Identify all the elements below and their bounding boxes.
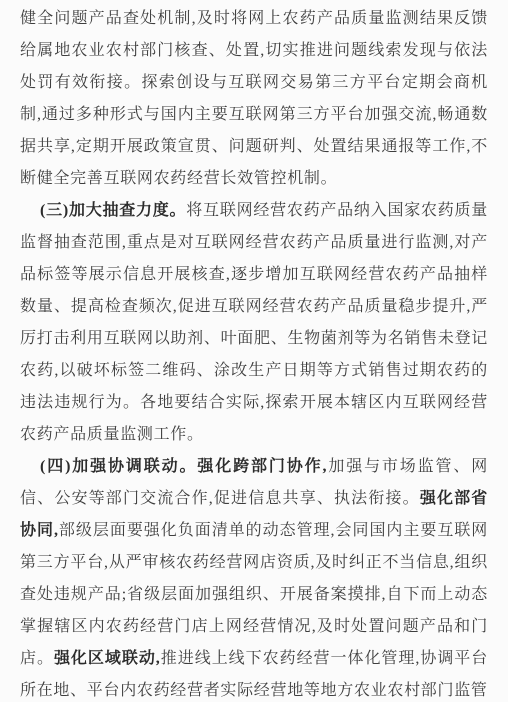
text-run: 健全问题产品查处机制,及时将网上农药产品质量监测结果反馈给属地农业农村部门核查、… [20,10,488,187]
document-page: 健全问题产品查处机制,及时将网上农药产品质量监测结果反馈给属地农业农村部门核查、… [0,0,508,702]
text-run: 将互联网经营农药产品纳入国家农药质量监督抽查范围,重点是对互联网经营农药产品质量… [20,202,488,443]
bold-text-run: (四)加强协调联动。强化跨部门协作, [40,458,327,475]
bold-text-run: (三)加大抽查力度。 [40,202,186,219]
document-body: 健全问题产品查处机制,及时将网上农药产品质量监测结果反馈给属地农业农村部门核查、… [0,0,508,702]
paragraph: (三)加大抽查力度。将互联网经营农药产品纳入国家农药质量监督抽查范围,重点是对互… [20,195,488,451]
paragraph: 健全问题产品查处机制,及时将网上农药产品质量监测结果反馈给属地农业农村部门核查、… [20,3,488,195]
bold-text-run: 强化区域联动, [54,650,161,667]
text-run: 部级层面要强化负面清单的动态管理,会同国内主要互联网第三方平台,从严审核农药经营… [20,522,488,667]
paragraph: (四)加强协调联动。强化跨部门协作,加强与市场监管、网信、公安等部门交流合作,促… [20,451,488,702]
